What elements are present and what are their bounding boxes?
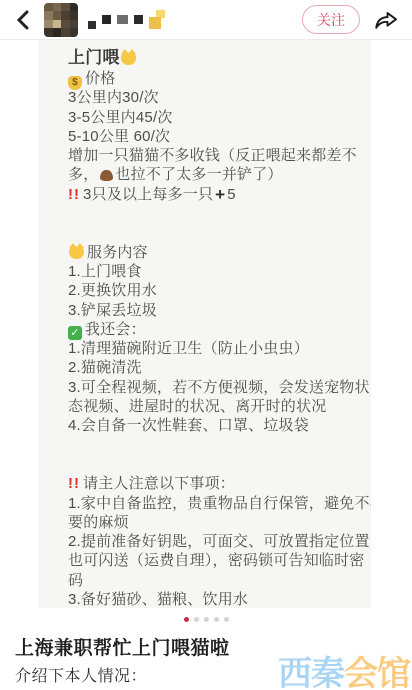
image-text-segment: 2.更换饮用水 (68, 282, 157, 299)
screen: { "header": { "follow_label": "关注" }, "a… (0, 0, 412, 690)
avatar-pixel (44, 11, 53, 20)
image-text-line (68, 204, 363, 223)
avatar-pixel (53, 28, 62, 37)
image-text-segment: 1.上门喂食 (68, 263, 142, 280)
image-text-segment: 请主人注意以下事项： (83, 475, 235, 492)
poop-icon (100, 170, 113, 181)
username-censored-block (88, 21, 96, 29)
cat-face-icon (121, 53, 136, 65)
image-text-line: !!请主人注意以下事项： (68, 474, 363, 493)
username-censored[interactable] (88, 3, 302, 37)
image-text-segment: 我还会： (85, 321, 146, 338)
image-text-line: 2.更换饮用水 (68, 281, 363, 300)
post-image[interactable]: 上门喂$价格3公里内30/次3-5公里内45/次5-10公里 60/次增加一只猫… (38, 40, 371, 608)
avatar-pixel (61, 20, 70, 29)
post-intro-text: 介绍下本人情况： (15, 663, 147, 686)
image-text-line: 3公里内30/次 (68, 88, 363, 107)
image-text-line: 3-5公里内45/次 (68, 108, 363, 127)
post-title: 上海兼职帮忙上门喂猫啦 (15, 633, 230, 660)
pagination-dot-active (184, 617, 189, 622)
image-text-segment: 码 (68, 572, 83, 589)
avatar-pixel (70, 11, 79, 20)
image-text-segment: 服务内容 (87, 244, 148, 261)
image-text-line: 也可闪送（运费自理），密码锁可告知临时密 (68, 551, 363, 570)
avatar-pixel (61, 3, 70, 12)
image-text-segment: 增加一只猫猫不多收钱（反正喂起来都差不 (68, 147, 357, 164)
image-text-segment: 1.家中自备监控，贵重物品自行保管，避免不必 (68, 495, 371, 512)
image-text-segment: 3.可全程视频，若不方便视频，会发送宠物状 (68, 379, 370, 396)
double-exclamation-icon: !! (68, 474, 80, 493)
image-text-line: 2.提前准备好钥匙，可面交、可放置指定位置 (68, 532, 363, 551)
back-icon[interactable] (12, 8, 36, 32)
image-text-line: 3.可全程视频，若不方便视频，会发送宠物状 (68, 378, 363, 397)
image-text-segment: 上门喂 (68, 48, 120, 67)
image-text-line (68, 223, 363, 242)
follow-button[interactable]: 关注 (302, 5, 360, 34)
username-censored-block (134, 15, 143, 24)
image-text-line: ✓我还会： (68, 320, 363, 339)
image-text-segment: 4.会自备一次性鞋套、口罩、垃圾袋 (68, 417, 309, 434)
image-text-segment: 也可闪送（运费自理），密码锁可告知临时密 (68, 552, 365, 569)
double-exclamation-icon: !! (68, 185, 80, 204)
cat-face-icon (69, 247, 84, 259)
top-nav-bar: 关注 (0, 0, 412, 40)
image-text-segment: 多， (68, 166, 98, 183)
image-pagination-dots (0, 617, 412, 622)
image-text-line: !!3只及以上每多一只+5 (68, 185, 363, 204)
avatar-pixel (53, 11, 62, 20)
image-text-segment: 2.提前准备好钥匙，可面交、可放置指定位置 (68, 533, 370, 550)
image-text-line: 2.猫碗清洗 (68, 358, 363, 377)
pagination-dot (214, 617, 219, 622)
avatar-pixel (44, 20, 53, 29)
image-text-line: 3.铲屎丢垃圾 (68, 301, 363, 320)
image-text-line (68, 436, 363, 455)
image-text-line: 1.上门喂食 (68, 262, 363, 281)
image-text-segment: 3.备好猫砂、猫粮、饮用水 (68, 591, 248, 608)
avatar-pixel (53, 3, 62, 12)
watermark-orange-text: 会馆 (344, 655, 410, 690)
image-text-segment: 3公里内30/次 (68, 89, 159, 106)
image-text-segment: 价格 (85, 70, 115, 87)
avatar-pixel (70, 3, 79, 12)
watermark-blue-text: 西秦 (278, 655, 344, 690)
watermark: 西秦会馆 (278, 646, 410, 690)
avatar-pixel (53, 20, 62, 29)
image-text-line: 4.会自备一次性鞋套、口罩、垃圾袋 (68, 416, 363, 435)
plus-icon: + (215, 185, 225, 204)
check-icon: ✓ (68, 326, 82, 340)
image-text-segment: 3-5公里内45/次 (68, 109, 173, 126)
image-text-segment: 1.清理猫碗附近卫生（防止小虫虫） (68, 340, 309, 357)
image-text-line: 3.备好猫砂、猫粮、饮用水 (68, 590, 363, 608)
image-text-line: 码 (68, 571, 363, 590)
username-censored-block (117, 15, 128, 24)
image-text-segment: 3.铲屎丢垃圾 (68, 302, 157, 319)
share-arrow-glyph (373, 7, 399, 33)
image-text-segment: 也拉不了太多一并铲了） (115, 166, 282, 183)
image-text-line: 要的麻烦 (68, 513, 363, 532)
image-text-segment: 5-10公里 60/次 (68, 128, 170, 145)
image-text-line: 1.清理猫碗附近卫生（防止小虫虫） (68, 339, 363, 358)
avatar-pixel (61, 28, 70, 37)
image-text-segment: 3只及以上每多一只 (83, 186, 213, 203)
username-censored-block (102, 15, 111, 24)
share-icon[interactable] (372, 7, 400, 33)
image-text-line: 5-10公里 60/次 (68, 127, 363, 146)
image-text-segment: 态视频、进屋时的状况、离开时的状况 (68, 398, 326, 415)
pagination-dot (194, 617, 199, 622)
image-text-line: 态视频、进屋时的状况、离开时的状况 (68, 397, 363, 416)
image-text-line: 多，也拉不了太多一并铲了） (68, 165, 363, 184)
image-text-line: $价格 (68, 69, 363, 88)
pagination-dot (204, 617, 209, 622)
avatar-pixel (70, 20, 79, 29)
image-text-line: 服务内容 (68, 243, 363, 262)
avatar-pixel (61, 11, 70, 20)
image-text-segment: 5 (227, 186, 236, 203)
avatar-pixel (70, 28, 79, 37)
image-text-line: 增加一只猫猫不多收钱（反正喂起来都差不 (68, 146, 363, 165)
image-text-line: 1.家中自备监控，贵重物品自行保管，避免不必 (68, 494, 363, 513)
avatar[interactable] (44, 3, 78, 37)
image-text-segment: 要的麻烦 (68, 514, 129, 531)
username-emoji-censored (149, 10, 165, 29)
image-text-line (68, 455, 363, 474)
avatar-pixel (44, 28, 53, 37)
chevron-left-glyph (13, 8, 35, 32)
pagination-dot (224, 617, 229, 622)
image-text-segment: 2.猫碗清洗 (68, 359, 142, 376)
avatar-pixel (44, 3, 53, 12)
image-text-title-line: 上门喂 (68, 47, 363, 69)
